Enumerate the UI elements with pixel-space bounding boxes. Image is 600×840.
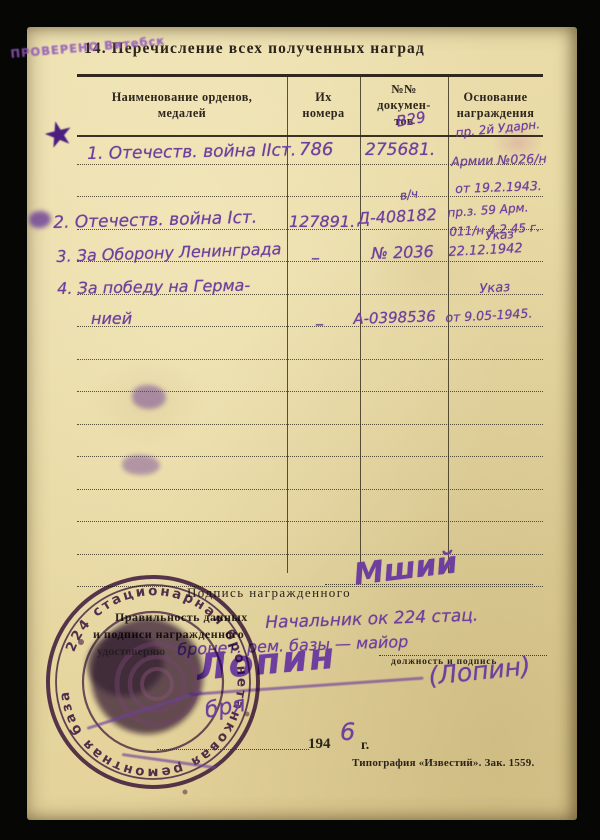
entry-1-number: 786 — [299, 139, 333, 160]
entry-4-basis-line1: Указ — [479, 280, 511, 297]
table-row — [77, 522, 543, 555]
typography-imprint: Типография «Известий». Зак. 1559. — [352, 757, 534, 769]
entry-1-basis-line3: от 19.2.1943. — [455, 178, 542, 196]
year-suffix: г. — [361, 738, 369, 754]
entry-1-doc: 275681. — [365, 140, 435, 160]
entry-4-name-line1: 4. За победу на Герма- — [57, 276, 250, 298]
scanned-award-document: 14. Перечисление всех полученных наград … — [0, 0, 600, 840]
year-digit: 6 — [340, 718, 355, 746]
year-prefix: 194 — [308, 736, 331, 753]
table-row — [77, 327, 543, 360]
entry-2-number: 127891. — [289, 212, 355, 231]
ink-smudge — [122, 455, 160, 475]
entry-3-basis-line1: Указ — [485, 227, 514, 243]
entry-4-doc: А-0398536 — [353, 307, 436, 328]
col-header-number: Их номера — [287, 77, 360, 135]
unit-note: в/ч — [399, 186, 419, 202]
star-stamp-icon: ★ — [39, 112, 78, 158]
col-header-name: Наименование орденов, медалей — [77, 77, 287, 135]
entry-4-number: – — [315, 314, 324, 335]
table-row — [77, 425, 543, 458]
round-unit-stamp: 224 стационарная бронетанковая ремонтная… — [35, 564, 271, 800]
date-line — [157, 749, 309, 750]
official-position-line1: Начальник ок 224 стац. — [265, 606, 479, 633]
document-paper: 14. Перечисление всех полученных наград … — [27, 27, 577, 820]
ink-smudge — [132, 385, 166, 409]
entry-1-name: 1. Отечеств. война IIст. — [87, 140, 296, 164]
table-body — [77, 132, 543, 587]
entry-3-number: – — [311, 248, 320, 269]
entry-4-name-line2: нией — [91, 309, 132, 328]
table-row — [77, 490, 543, 523]
margin-stamp-blob — [28, 209, 53, 230]
entry-3-doc: № 2036 — [371, 242, 434, 263]
